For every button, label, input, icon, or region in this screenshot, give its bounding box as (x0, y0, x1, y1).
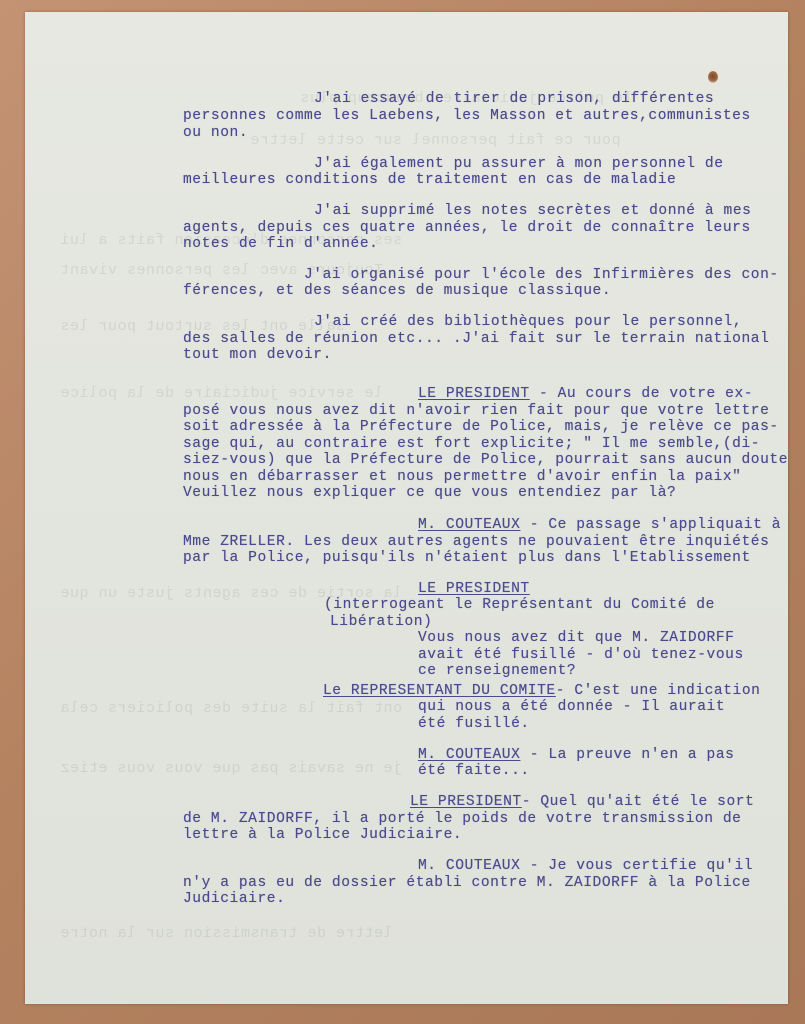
text-line: tout mon devoir. (183, 348, 332, 363)
text-line: avait été fusillé - d'où tenez-vous (418, 648, 744, 663)
bleed-through: je ne savais pas que vous vous etiez (60, 760, 402, 777)
text-line: Vous nous avez dit que M. ZAIDORFF (418, 631, 734, 646)
text-line: par la Police, puisqu'ils n'étaient plus… (183, 551, 751, 566)
speaker-name: LE PRESIDENT (418, 581, 530, 597)
bleed-through: pour ce fait personnel sur cette lettre (250, 132, 621, 149)
speaker-name: M. COUTEAUX (418, 747, 520, 763)
text-line: soit adressée à la Préfecture de Police,… (183, 420, 779, 435)
speaker-name: LE PRESIDENT (410, 794, 522, 810)
text-line: posé vous nous avez dit n'avoir rien fai… (183, 404, 769, 419)
text-line: sage qui, au contraire est fort explicit… (183, 437, 760, 452)
paper-stain (708, 71, 718, 83)
text-line: qui nous a été donnée - Il aurait (418, 700, 725, 715)
bleed-through: lettre de transmission sur la notre (60, 925, 393, 942)
text-line: J'ai créé des bibliothèques pour le pers… (314, 315, 742, 330)
text-line: Judiciaire. (183, 892, 285, 907)
text-line: été faite... (418, 764, 530, 779)
speaker-line: M. COUTEAUX - La preuve n'en a pas (418, 748, 734, 763)
speaker-line: LE PRESIDENT (418, 582, 530, 597)
text-line: J'ai organisé pour l'école des Infirmièr… (304, 268, 779, 283)
text-line: agents, depuis ces quatre années, le dro… (183, 221, 751, 236)
text-line: J'ai supprimé les notes secrètes et donn… (314, 204, 751, 219)
speaker-line: M. COUTEAUX - Ce passage s'appliquait à (418, 518, 781, 533)
text-line: notes de fin d'année. (183, 237, 378, 252)
text-line: ce renseignement? (418, 664, 576, 679)
text-line: J'ai également pu assurer à mon personne… (314, 157, 724, 172)
text-line: personnes comme les Laebens, les Masson … (183, 109, 751, 124)
text-line: lettre à la Police Judiciaire. (183, 828, 462, 843)
text-line: de M. ZAIDORFF, il a porté le poids de v… (183, 812, 741, 827)
speaker-line: Le REPRESENTANT DU COMITE- C'est une ind… (323, 684, 760, 699)
text-line: Libération) (330, 615, 432, 630)
text-line: M. COUTEAUX - Je vous certifie qu'il (418, 859, 753, 874)
text-line: Veuillez nous expliquer ce que vous ente… (183, 486, 676, 501)
text-line: été fusillé. (418, 717, 530, 732)
text-line: J'ai essayé de tirer de prison, différen… (314, 92, 714, 107)
speaker-name: M. COUTEAUX (418, 517, 520, 533)
bleed-through: ont fait la suite des policiers cela (60, 700, 402, 717)
speaker-name: Le REPRESENTANT DU COMITE (323, 683, 556, 699)
text-line: (interrogeant le Représentant du Comité … (324, 598, 715, 613)
text-line: des salles de réunion etc... .J'ai fait … (183, 332, 769, 347)
text-line: férences, et des séances de musique clas… (183, 284, 611, 299)
speaker-line: LE PRESIDENT- Quel qu'ait été le sort (410, 795, 754, 810)
speaker-line: LE PRESIDENT - Au cours de votre ex- (418, 387, 753, 402)
text-line: n'y a pas eu de dossier établi contre M.… (183, 876, 751, 891)
text-line: Mme ZRELLER. Les deux autres agents ne p… (183, 535, 769, 550)
text-line: ou non. (183, 126, 248, 141)
text-line: nous en débarrasser et nous permettre d'… (183, 470, 741, 485)
bleed-through: le service judiciaire de la police (60, 385, 383, 402)
text-line: meilleures conditions de traitement en c… (183, 173, 676, 188)
speaker-name: LE PRESIDENT (418, 386, 530, 402)
text-line: siez-vous) que la Préfecture de Police, … (183, 453, 788, 468)
